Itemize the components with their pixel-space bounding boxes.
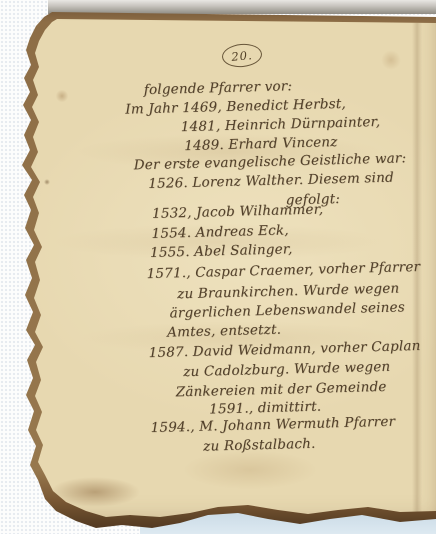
handwritten-text-block: folgende Pfarrer vor: Im Jahr 1469, Bene… bbox=[0, 0, 436, 534]
manuscript-line: 1481, Heinrich Dürnpainter, bbox=[181, 114, 381, 135]
manuscript-line: 1554. Andreas Eck, bbox=[151, 222, 289, 242]
manuscript-line: folgende Pfarrer vor: bbox=[144, 78, 293, 98]
manuscript-line: 1587. David Weidmann, vorher Caplan bbox=[148, 338, 420, 361]
manuscript-line: 1526. Lorenz Walther. Diesem sind bbox=[148, 170, 394, 192]
manuscript-content: 20. folgende Pfarrer vor: Im Jahr 1469, … bbox=[0, 0, 436, 534]
manuscript-line: ärgerlichen Lebenswandel seines bbox=[169, 299, 405, 321]
manuscript-scan: { "manuscript": { "page_number": "20.", … bbox=[0, 0, 436, 534]
manuscript-line: Im Jahr 1469, Benedict Herbst, bbox=[125, 96, 346, 118]
manuscript-line: 1571., Caspar Craemer, vorher Pfarrer bbox=[146, 259, 420, 282]
manuscript-line: 1594., M. Johann Wermuth Pfarrer bbox=[150, 414, 395, 436]
manuscript-line: 1532, Jacob Wilhammer, bbox=[152, 201, 324, 221]
manuscript-line: zu Roßstalbach. bbox=[203, 436, 316, 455]
manuscript-line: 1555. Abel Salinger, bbox=[150, 241, 293, 261]
manuscript-line: Zänkereien mit der Gemeinde bbox=[176, 379, 387, 401]
manuscript-line: 1591., dimittirt. bbox=[209, 399, 321, 418]
manuscript-line: zu Cadolzburg. Wurde wegen bbox=[183, 359, 391, 380]
manuscript-line: 1489. Erhard Vincenz bbox=[184, 134, 338, 154]
manuscript-line: zu Braunkirchen. Wurde wegen bbox=[177, 280, 400, 302]
manuscript-line: Amtes, entsetzt. bbox=[167, 322, 281, 341]
